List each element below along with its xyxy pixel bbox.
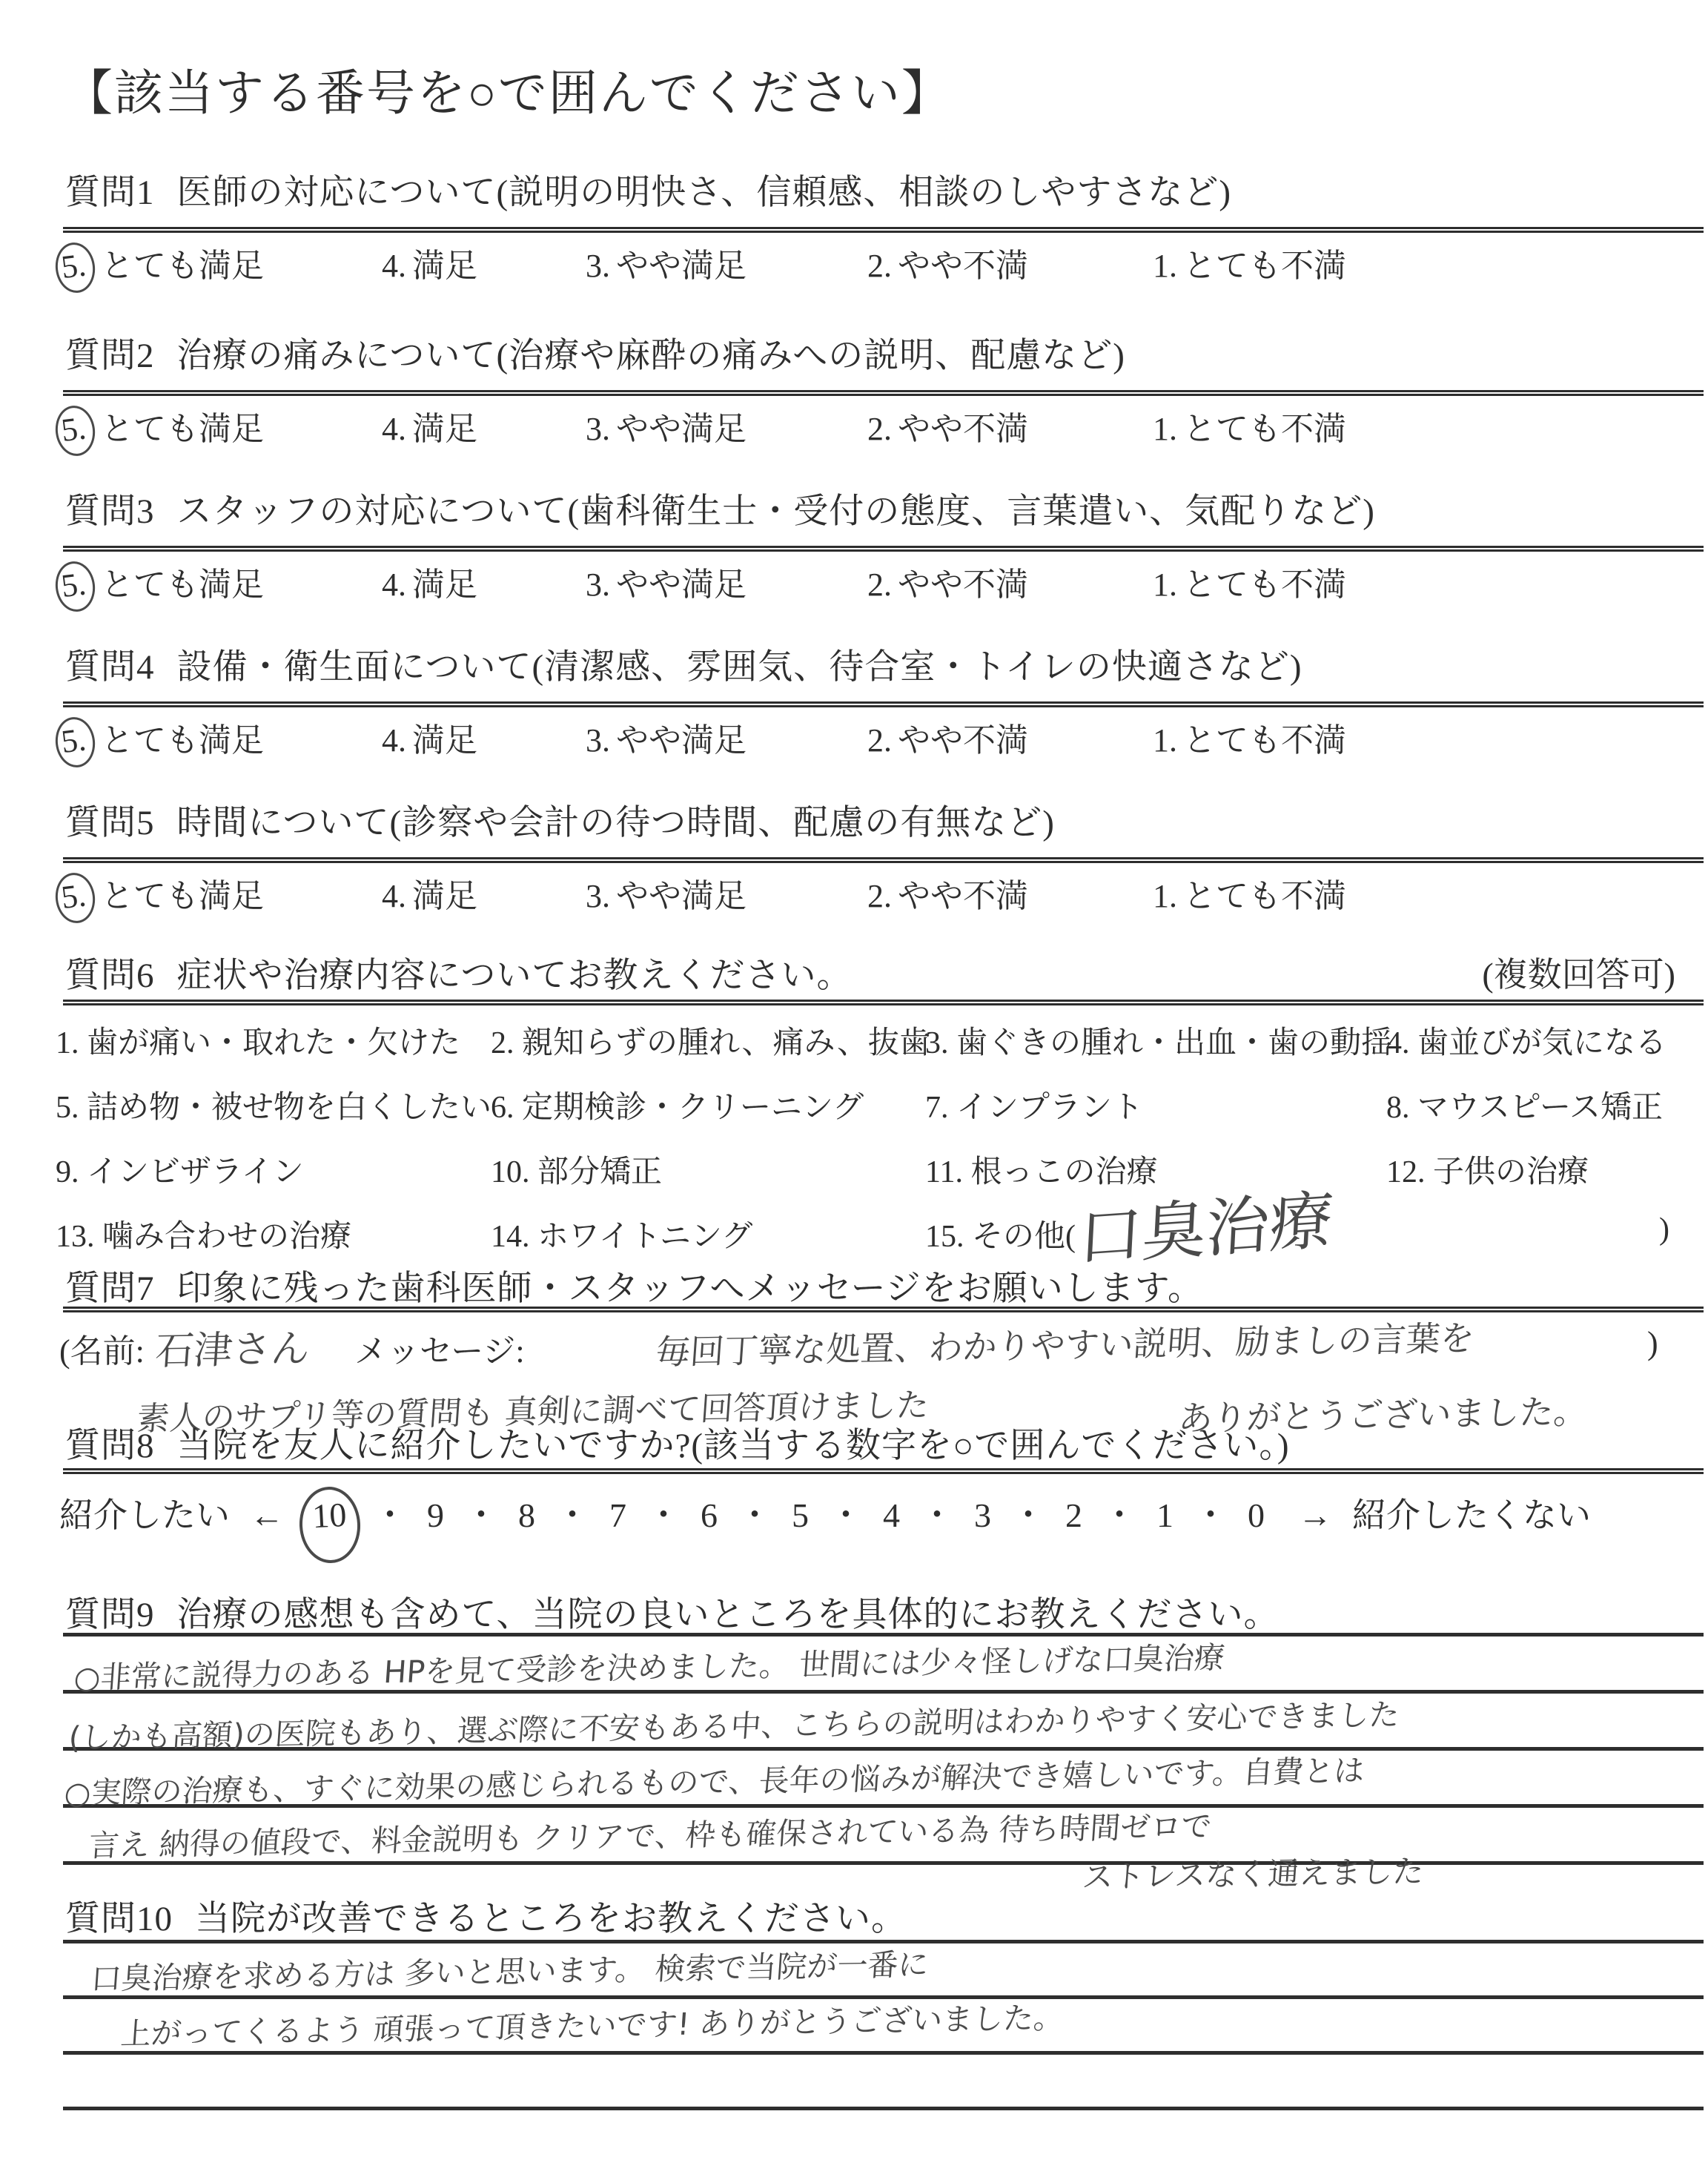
rating-option-label: とても満足 [101,248,264,284]
question-4-heading: 質問4設備・衛生面について(清潔感、雰囲気、待合室・トイレの快適さなど) [65,639,1302,689]
rating-option-label: 満足 [412,878,477,914]
question-9-heading: 質問9治療の感想も含めて、当院の良いところを具体的にお教えください。 [65,1587,1280,1636]
q6-option-13: 13. 噛み合わせの治療 [56,1212,351,1256]
question-6-number: 質問6 [65,957,155,995]
q6-option-5: 5. 詰め物・被せ物を白くしたい [56,1083,491,1127]
question-7-heading: 質問7印象に残った歯科医師・スタッフへメッセージをお願いします。 [65,1261,1203,1310]
question-5: 質問5時間について(診察や会計の待つ時間、配慮の有無など) 5.とても満足 4.… [0,795,1708,943]
divider-rule [63,857,1704,859]
scale-number-8: 8 [518,1496,535,1535]
divider-rule [63,701,1704,704]
question-5-heading: 質問5時間について(診察や会計の待つ時間、配慮の有無など) [65,795,1055,845]
rating-option-2: 2.やや不満 [867,402,1028,449]
rating-option-3: 3.やや満足 [586,558,747,605]
question-7-number: 質問7 [65,1269,155,1308]
q6-option-15: 15. その他( [925,1212,1076,1256]
question-2-heading: 質問2治療の痛みについて(治療や麻酔の痛みへの説明、配慮など) [65,328,1125,377]
scale-number-7: 7 [609,1496,626,1535]
rating-option-2: 2.やや不満 [867,713,1028,761]
rating-option-4: 4.満足 [382,869,477,916]
question-4-title: 設備・衛生面について(清潔感、雰囲気、待合室・トイレの快適さなど) [177,648,1302,687]
rating-option-label: 満足 [412,567,477,603]
rating-option-label: やや満足 [616,567,747,603]
divider-rule [63,1468,1704,1470]
q6-close-paren: ) [1659,1212,1669,1247]
question-10-heading: 質問10当院が改善できるところをお教えください。 [65,1891,907,1941]
answer-ruled-line: 上がってくるよう 頑張って頂きたいです! ありがとうございました。 [63,1999,1704,2055]
divider-rule [63,546,1704,548]
question-4-options: 5.とても満足 4.満足 3.やや満足 2.やや不満 1.とても不満 [0,713,1708,759]
q10-handwritten-line-1: 口臭治療を求める方は 多いと思います。 検索で当院が一番に [90,1940,930,1998]
rating-option-label: 満足 [412,722,477,759]
question-6-title: 症状や治療内容についてお教えください。 [177,957,853,995]
q10-answer-lines: 口臭治療を求める方は 多いと思います。 検索で当院が一番に 上がってくるよう 頑… [63,1940,1704,2160]
q7-message-label: メッセージ: [354,1324,525,1372]
scale-left-label: 紹介したい [59,1488,230,1537]
rating-option-1: 1.とても不満 [1153,402,1346,449]
q6-option-14: 14. ホワイトニング [491,1212,752,1256]
scale-number-9: 9 [427,1496,444,1535]
question-3-heading: 質問3スタッフの対応について(歯科衛生士・受付の態度、言葉遣い、気配りなど) [65,483,1375,533]
rating-option-2: 2.やや不満 [867,869,1028,916]
question-8-title: 当院を友人に紹介したいですか?(該当する数字を○で囲んでください。) [177,1427,1290,1465]
scale-dot: ・ [373,1488,407,1537]
answer-ruled-line: 口臭治療を求める方は 多いと思います。 検索で当院が一番に [63,1943,1704,1999]
question-7-title: 印象に残った歯科医師・スタッフへメッセージをお願いします。 [177,1269,1203,1308]
question-1-options: 5.とても満足 4.満足 3.やや満足 2.やや不満 1.とても不満 [0,239,1708,285]
q9-handwritten-overflow-line: ストレスなく通えました [1081,1847,1426,1898]
question-5-options: 5.とても満足 4.満足 3.やや満足 2.やや不満 1.とても不満 [0,869,1708,915]
circled-answer-mark: 5. [53,403,98,458]
q6-option-10: 10. 部分矯正 [491,1147,662,1192]
scale-dot: ・ [920,1488,954,1537]
question-6: 質問6症状や治療内容についてお教えください。 (複数回答可) 1. 歯が痛い・取… [0,948,1708,1259]
scale-dot: ・ [464,1488,498,1537]
question-2: 質問2治療の痛みについて(治療や麻酔の痛みへの説明、配慮など) 5.とても満足 … [0,328,1708,476]
rating-option-label: とても不満 [1183,248,1346,284]
q6-option-8: 8. マウスピース矯正 [1386,1083,1663,1127]
rating-option-3: 3.やや満足 [586,713,747,761]
q9-handwritten-line-1: ○非常に説得力のある HPを見て受診を決めました。 世間には少々怪しげな口臭治療 [73,1633,1226,1697]
question-2-title: 治療の痛みについて(治療や麻酔の痛みへの説明、配慮など) [177,337,1125,375]
q7-close-paren: ) [1647,1324,1658,1362]
scale-dot: ・ [1102,1488,1136,1537]
answer-ruled-line-empty [63,2055,1704,2110]
scale-right-label: 紹介したくない [1352,1488,1591,1537]
answer-ruled-line: ○非常に説得力のある HPを見て受診を決めました。 世間には少々怪しげな口臭治療 [63,1636,1704,1694]
question-7: 質問7印象に残った歯科医師・スタッフへメッセージをお願いします。 (名前: 石津… [0,1261,1708,1439]
circled-answer-mark: 5. [53,871,98,925]
rating-option-label: とても満足 [101,878,264,914]
scale-dot: ・ [555,1488,589,1537]
rating-option-5: 5.とても満足 [58,402,264,450]
question-1-heading: 質問1医師の対応について(説明の明快さ、信頼感、相談のしやすさなど) [65,165,1231,214]
scale-dot: ・ [646,1488,681,1537]
question-9-number: 質問9 [65,1596,155,1634]
q9-handwritten-line-2: (しかも高額)の医院もあり、選ぶ際に不安もある中、こちらの説明はわかりやすく安心… [67,1690,1401,1757]
scale-dot: ・ [738,1488,772,1537]
rating-option-label: とても満足 [101,567,264,603]
rating-option-label: とても満足 [101,722,264,759]
answer-ruled-line: ○実際の治療も、すぐに効果の感じられるもので、長年の悩みが解決でき嬉しいです。自… [63,1751,1704,1808]
scale-dot: ・ [829,1488,863,1537]
q9-handwritten-line-4: 言え 納得の値段で、料金説明も クリアで、枠も確保されている為 待ち時間ゼロで [87,1802,1214,1866]
rating-option-label: とても不満 [1183,567,1346,603]
rating-option-5: 5.とても満足 [58,869,264,917]
rating-option-label: とても不満 [1183,722,1346,759]
rating-option-label: とても不満 [1183,878,1346,914]
scale-number-5: 5 [792,1496,809,1535]
rating-option-label: やや不満 [898,567,1028,603]
answer-ruled-line: (しかも高額)の医院もあり、選ぶ際に不安もある中、こちらの説明はわかりやすく安心… [63,1694,1704,1751]
scale-number-0: 0 [1248,1496,1265,1535]
question-3: 質問3スタッフの対応について(歯科衛生士・受付の態度、言葉遣い、気配りなど) 5… [0,483,1708,632]
rating-option-label: とても満足 [101,411,264,447]
scanned-survey-page: 【該当する番号を○で囲んでください】 質問1医師の対応について(説明の明快さ、信… [0,0,1708,2160]
question-9-title: 治療の感想も含めて、当院の良いところを具体的にお教えください。 [177,1596,1280,1634]
scale-number-6: 6 [701,1496,718,1535]
rating-option-label: やや満足 [616,411,747,447]
rating-option-label: とても不満 [1183,411,1346,447]
q7-message-handwritten-line1: 毎回丁寧な処置、わかりやすい説明、励ましの言葉を [655,1311,1476,1374]
rating-option-2: 2.やや不満 [867,239,1028,286]
rating-option-label: やや不満 [898,878,1028,914]
scale-dot: ・ [1011,1488,1045,1537]
question-8: 質問8当院を友人に紹介したいですか?(該当する数字を○で囲んでください。) 紹介… [0,1418,1708,1566]
rating-option-label: やや満足 [616,722,747,759]
rating-option-2: 2.やや不満 [867,558,1028,605]
q6-option-7: 7. インプラント [925,1083,1143,1127]
circled-score-10: 10 [297,1485,362,1565]
rating-option-3: 3.やや満足 [586,869,747,916]
q6-option-1: 1. 歯が痛い・取れた・欠けた [56,1018,460,1063]
question-2-number: 質問2 [65,337,155,375]
q6-option-6: 6. 定期検診・クリーニング [491,1083,864,1127]
q7-name-handwritten: 石津さん [153,1317,311,1375]
q6-option-2: 2. 親知らずの腫れ、痛み、抜歯 [491,1018,930,1063]
rating-option-label: やや不満 [898,248,1028,284]
rating-option-4: 4.満足 [382,713,477,761]
scale-dot: ・ [1194,1488,1228,1537]
q10-handwritten-line-2: 上がってくるよう 頑張って頂きたいです! ありがとうございました。 [119,1993,1065,2053]
rating-option-1: 1.とても不満 [1153,239,1346,286]
question-1-title: 医師の対応について(説明の明快さ、信頼感、相談のしやすさなど) [177,174,1231,212]
question-1-number: 質問1 [65,174,155,212]
divider-rule [63,1307,1704,1309]
question-1: 質問1医師の対応について(説明の明快さ、信頼感、相談のしやすさなど) 5.とても… [0,165,1708,313]
rating-option-label: やや不満 [898,722,1028,759]
rating-option-3: 3.やや満足 [586,402,747,449]
rating-option-label: やや満足 [616,878,747,914]
circled-answer-mark: 5. [53,240,98,295]
question-8-heading: 質問8当院を友人に紹介したいですか?(該当する数字を○で囲んでください。) [65,1418,1290,1467]
question-10-number: 質問10 [65,1900,173,1938]
scale-number-4: 4 [883,1496,900,1535]
rating-option-3: 3.やや満足 [586,239,747,286]
rating-option-1: 1.とても不満 [1153,558,1346,605]
circled-answer-mark: 5. [53,559,98,614]
answer-ruled-line: 言え 納得の値段で、料金説明も クリアで、枠も確保されている為 待ち時間ゼロで [63,1808,1704,1865]
q6-option-9: 9. インビザライン [56,1147,304,1192]
nps-scale-row: 紹介したい ← 10 ・ 9 ・ 8 ・ 7 ・ 6 ・ 5 ・ 4 ・ 3 ・… [59,1488,1708,1538]
question-10: 質問10当院が改善できるところをお教えください。 口臭治療を求める方は 多いと思… [0,1891,1708,2158]
rating-option-1: 1.とても不満 [1153,713,1346,761]
q7-name-label: (名前: [59,1324,145,1372]
q6-option-3: 3. 歯ぐきの腫れ・出血・歯の動揺 [925,1018,1392,1063]
circled-answer-mark: 5. [53,715,98,770]
question-5-title: 時間について(診察や会計の待つ時間、配慮の有無など) [177,804,1055,842]
rating-option-label: やや満足 [616,248,747,284]
question-10-title: 当院が改善できるところをお教えください。 [195,1900,907,1938]
right-arrow-icon: → [1298,1496,1332,1535]
q9-answer-lines: ○非常に説得力のある HPを見て受診を決めました。 世間には少々怪しげな口臭治療… [63,1633,1704,1865]
rating-option-5: 5.とても満足 [58,239,264,287]
q6-option-12: 12. 子供の治療 [1386,1147,1589,1192]
q6-option-4: 4. 歯並びが気になる [1386,1018,1666,1063]
question-3-title: スタッフの対応について(歯科衛生士・受付の態度、言葉遣い、気配りなど) [177,492,1375,531]
divider-rule [63,227,1704,229]
question-4-number: 質問4 [65,648,155,687]
question-5-number: 質問5 [65,804,155,842]
rating-option-1: 1.とても不満 [1153,869,1346,916]
question-9: 質問9治療の感想も含めて、当院の良いところを具体的にお教えください。 ○非常に説… [0,1587,1708,1891]
rating-option-label: やや不満 [898,411,1028,447]
question-2-options: 5.とても満足 4.満足 3.やや満足 2.やや不満 1.とても不満 [0,402,1708,448]
left-arrow-icon: ← [250,1496,284,1535]
rating-option-label: 満足 [412,248,477,284]
scale-number-3: 3 [974,1496,991,1535]
question-3-number: 質問3 [65,492,155,531]
question-4: 質問4設備・衛生面について(清潔感、雰囲気、待合室・トイレの快適さなど) 5.と… [0,639,1708,787]
rating-option-5: 5.とても満足 [58,558,264,606]
rating-option-4: 4.満足 [382,402,477,449]
rating-option-4: 4.満足 [382,239,477,286]
scale-number-1: 1 [1156,1496,1174,1535]
question-8-number: 質問8 [65,1427,155,1465]
question-3-options: 5.とても満足 4.満足 3.やや満足 2.やや不満 1.とても不満 [0,558,1708,604]
divider-rule [63,1000,1704,1002]
rating-option-4: 4.満足 [382,558,477,605]
page-title: 【該当する番号を○で囲んでください】 [64,53,952,124]
rating-option-label: 満足 [412,411,477,447]
multiple-answers-note: (複数回答可) [1482,948,1675,997]
divider-rule [63,390,1704,392]
answer-ruled-line-empty [63,2110,1704,2160]
rating-option-5: 5.とても満足 [58,713,264,762]
scale-number-2: 2 [1065,1496,1082,1535]
question-6-heading: 質問6症状や治療内容についてお教えください。 [65,948,853,997]
